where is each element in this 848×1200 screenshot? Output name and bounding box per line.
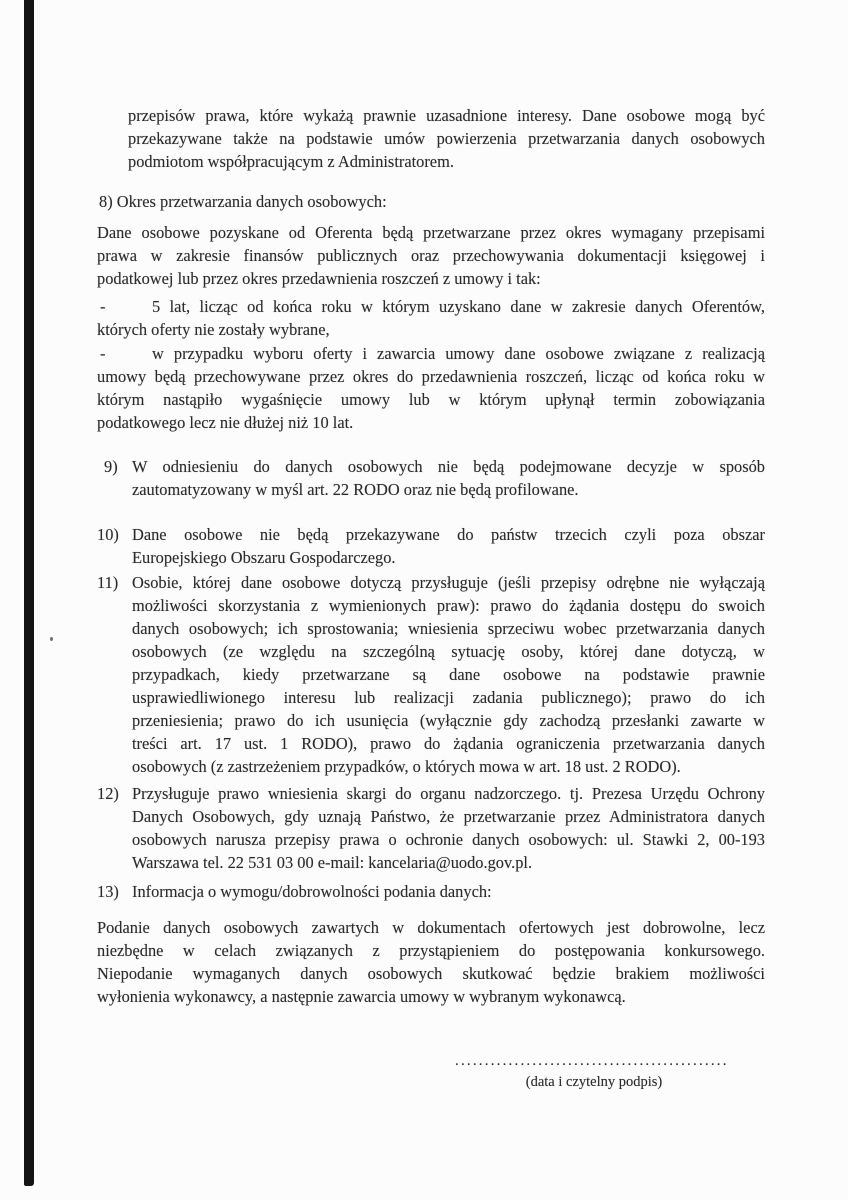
dash-item-2-line: umowy będą przechowywane przez okres do …	[97, 365, 765, 388]
intro-paragraph: przepisów prawa, które wykażą prawnie uz…	[97, 104, 765, 173]
numbered-item-12: 12)Przysługuje prawo wniesienia skargi d…	[97, 782, 765, 874]
numbered-item-10-text: Dane osobowe nie będą przekazywane do pa…	[132, 525, 765, 544]
numbered-item-9: 9)W odniesieniu do danych osobowych nie …	[97, 455, 765, 501]
signature-block: ........................................…	[455, 1052, 733, 1093]
dash-item-1-line: -5 lat, licząc od końca roku w którym uz…	[97, 295, 765, 318]
item-number: 11)	[97, 571, 132, 594]
scan-artifact-speck	[50, 637, 53, 641]
numbered-item-11: 11)Osobie, której dane osobowe dotyczą p…	[97, 571, 765, 778]
signature-dotted-line: ........................................…	[455, 1052, 733, 1070]
scanned-document-page: przepisów prawa, które wykażą prawnie uz…	[0, 0, 848, 1200]
dash-item-2-line: którym nastąpiło wygaśnięcie umowy lub w…	[97, 388, 765, 411]
numbered-item-11-line: osobowych (z zastrzeżeniem przypadków, o…	[132, 755, 765, 778]
numbered-item-11-line: 11)Osobie, której dane osobowe dotyczą p…	[97, 571, 765, 594]
signature-caption: (data i czytelny podpis)	[455, 1071, 733, 1093]
numbered-item-13-line: 13)Informacja o wymogu/dobrowolności pod…	[97, 880, 765, 903]
item-number: 13)	[97, 880, 132, 903]
item-number: 10)	[97, 523, 132, 546]
intro-paragraph-line: podmiotom współpracującym z Administrato…	[128, 150, 765, 173]
numbered-item-11-line: przeniesienia; prawo do ich usunięcia (w…	[132, 709, 765, 732]
item-number: 9)	[97, 455, 132, 478]
numbered-item-12-line: osobowych narusza przepisy prawa o ochro…	[132, 828, 765, 851]
closing-paragraph: Podanie danych osobowych zawartych w dok…	[97, 916, 765, 1008]
numbered-item-11-line: możliwości skorzystania z wymienionych p…	[132, 594, 765, 617]
closing-paragraph-line: Niepodanie wymaganych danych osobowych s…	[97, 962, 765, 985]
item-number: 12)	[97, 782, 132, 805]
numbered-item-12-line: Danych Osobowych, gdy uznają Państwo, że…	[132, 805, 765, 828]
dash-item-2-line: podatkowego lecz nie dłużej niż 10 lat.	[97, 411, 765, 434]
numbered-item-11-line: osobowych (ze względu na szczególną sytu…	[132, 640, 765, 663]
numbered-item-12-line: 12)Przysługuje prawo wniesienia skargi d…	[97, 782, 765, 805]
dash-item-1-line: których oferty nie zostały wybrane,	[97, 318, 765, 341]
intro-paragraph-line: przekazywane także na podstawie umów pow…	[128, 127, 765, 150]
numbered-item-11-text: Osobie, której dane osobowe dotyczą przy…	[132, 573, 765, 592]
section-8-intro-line: podatkowej lub przez okres przedawnienia…	[97, 267, 765, 290]
scan-artifact-left-bar	[24, 0, 34, 1186]
numbered-item-13: 13)Informacja o wymogu/dobrowolności pod…	[97, 880, 765, 903]
section-8-intro-line: prawa w zakresie finansów publicznych or…	[97, 244, 765, 267]
numbered-item-11-line: danych osobowych; ich sprostowania; wnie…	[132, 617, 765, 640]
dash-item-1: -5 lat, licząc od końca roku w którym uz…	[97, 295, 765, 341]
closing-paragraph-line: wyłonienia wykonawcy, a następnie zawarc…	[97, 985, 765, 1008]
numbered-item-11-line: przypadkach, kiedy przetwarzane są dane …	[132, 663, 765, 686]
dash-item-2-line: -w przypadku wyboru oferty i zawarcia um…	[97, 342, 765, 365]
numbered-item-10: 10)Dane osobowe nie będą przekazywane do…	[97, 523, 765, 569]
numbered-item-13-text: Informacja o wymogu/dobrowolności podani…	[132, 882, 492, 901]
numbered-item-9-line: 9)W odniesieniu do danych osobowych nie …	[97, 455, 765, 478]
dash-item-1-text: 5 lat, licząc od końca roku w którym uzy…	[152, 297, 765, 316]
dash-item-2-text: w przypadku wyboru oferty i zawarcia umo…	[152, 344, 765, 363]
section-8-intro: Dane osobowe pozyskane od Oferenta będą …	[97, 221, 765, 290]
closing-paragraph-line: niezbędne w celach związanych z przystąp…	[97, 939, 765, 962]
numbered-item-9-text: W odniesieniu do danych osobowych nie bę…	[132, 457, 765, 476]
numbered-item-12-line: Warszawa tel. 22 531 03 00 e-mail: kance…	[132, 851, 765, 874]
numbered-item-9-line: zautomatyzowany w myśl art. 22 RODO oraz…	[132, 478, 765, 501]
section-8-heading: 8) Okres przetwarzania danych osobowych:	[99, 190, 765, 213]
section-8-intro-line: Dane osobowe pozyskane od Oferenta będą …	[97, 221, 765, 244]
numbered-item-12-text: Przysługuje prawo wniesienia skargi do o…	[132, 784, 765, 803]
dash-marker: -	[97, 295, 152, 318]
closing-paragraph-line: Podanie danych osobowych zawartych w dok…	[97, 916, 765, 939]
dash-marker: -	[97, 342, 152, 365]
numbered-item-10-line: Europejskiego Obszaru Gospodarczego.	[132, 546, 765, 569]
numbered-item-10-line: 10)Dane osobowe nie będą przekazywane do…	[97, 523, 765, 546]
numbered-item-11-line: treści art. 17 ust. 1 RODO), prawo do żą…	[132, 732, 765, 755]
dash-item-2: -w przypadku wyboru oferty i zawarcia um…	[97, 342, 765, 434]
intro-paragraph-line: przepisów prawa, które wykażą prawnie uz…	[128, 104, 765, 127]
numbered-item-11-line: usprawiedliwionego interesu lub realizac…	[132, 686, 765, 709]
